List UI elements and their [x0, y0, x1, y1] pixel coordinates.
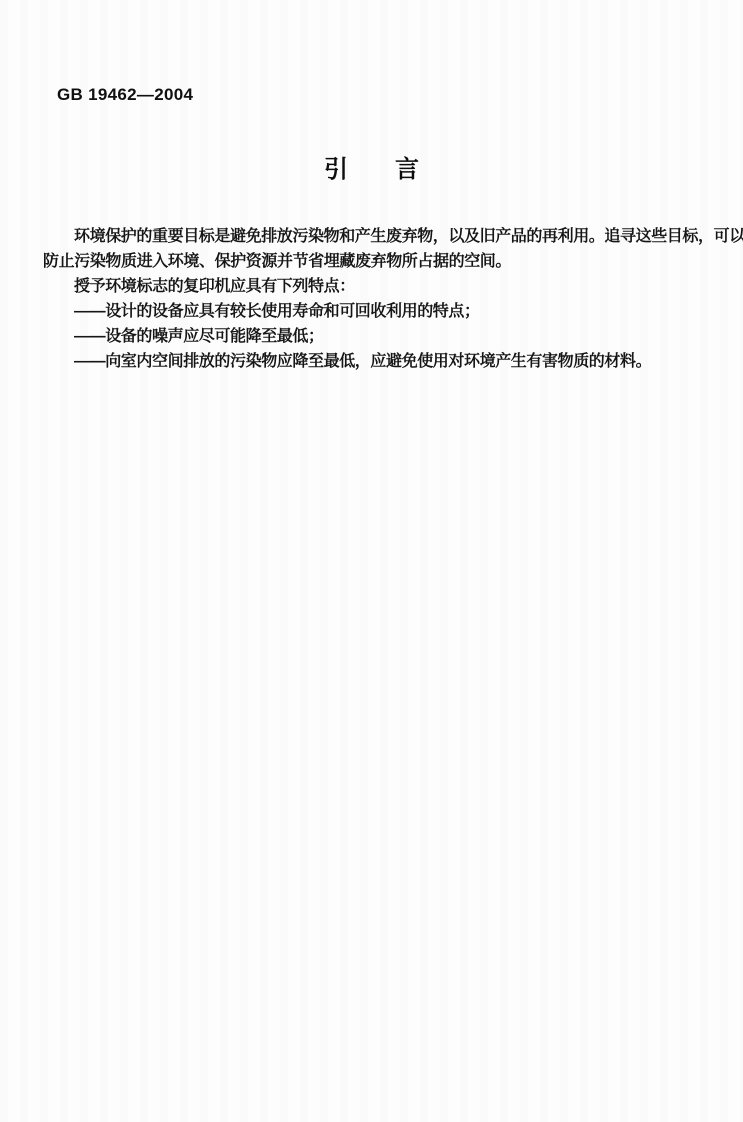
standard-number: GB 19462—2004	[57, 85, 193, 105]
page-title: 引 言	[0, 149, 743, 184]
page-title-char-2: 言	[395, 149, 419, 184]
intro-paragraph-line-2: 防止污染物质进入环境、保护资源并节省埋藏废弃物所占据的空间。	[43, 249, 713, 274]
introduction-text: 环境保护的重要目标是避免排放污染物和产生废弃物，以及旧产品的再利用。追寻这些目标…	[43, 224, 713, 374]
page-title-char-1: 引	[324, 149, 348, 184]
intro-list-item-3: ——向室内空间排放的污染物应降至最低，应避免使用对环境产生有害物质的材料。	[43, 349, 713, 374]
intro-list-item-2: ——设备的噪声应尽可能降至最低；	[43, 324, 713, 349]
intro-paragraph-line-1: 环境保护的重要目标是避免排放污染物和产生废弃物，以及旧产品的再利用。追寻这些目标…	[43, 224, 713, 249]
scanned-document-page: GB 19462—2004 引 言 环境保护的重要目标是避免排放污染物和产生废弃…	[0, 0, 743, 1122]
intro-paragraph-line-3: 授予环境标志的复印机应具有下列特点：	[43, 274, 713, 299]
intro-list-item-1: ——设计的设备应具有较长使用寿命和可回收利用的特点；	[43, 299, 713, 324]
